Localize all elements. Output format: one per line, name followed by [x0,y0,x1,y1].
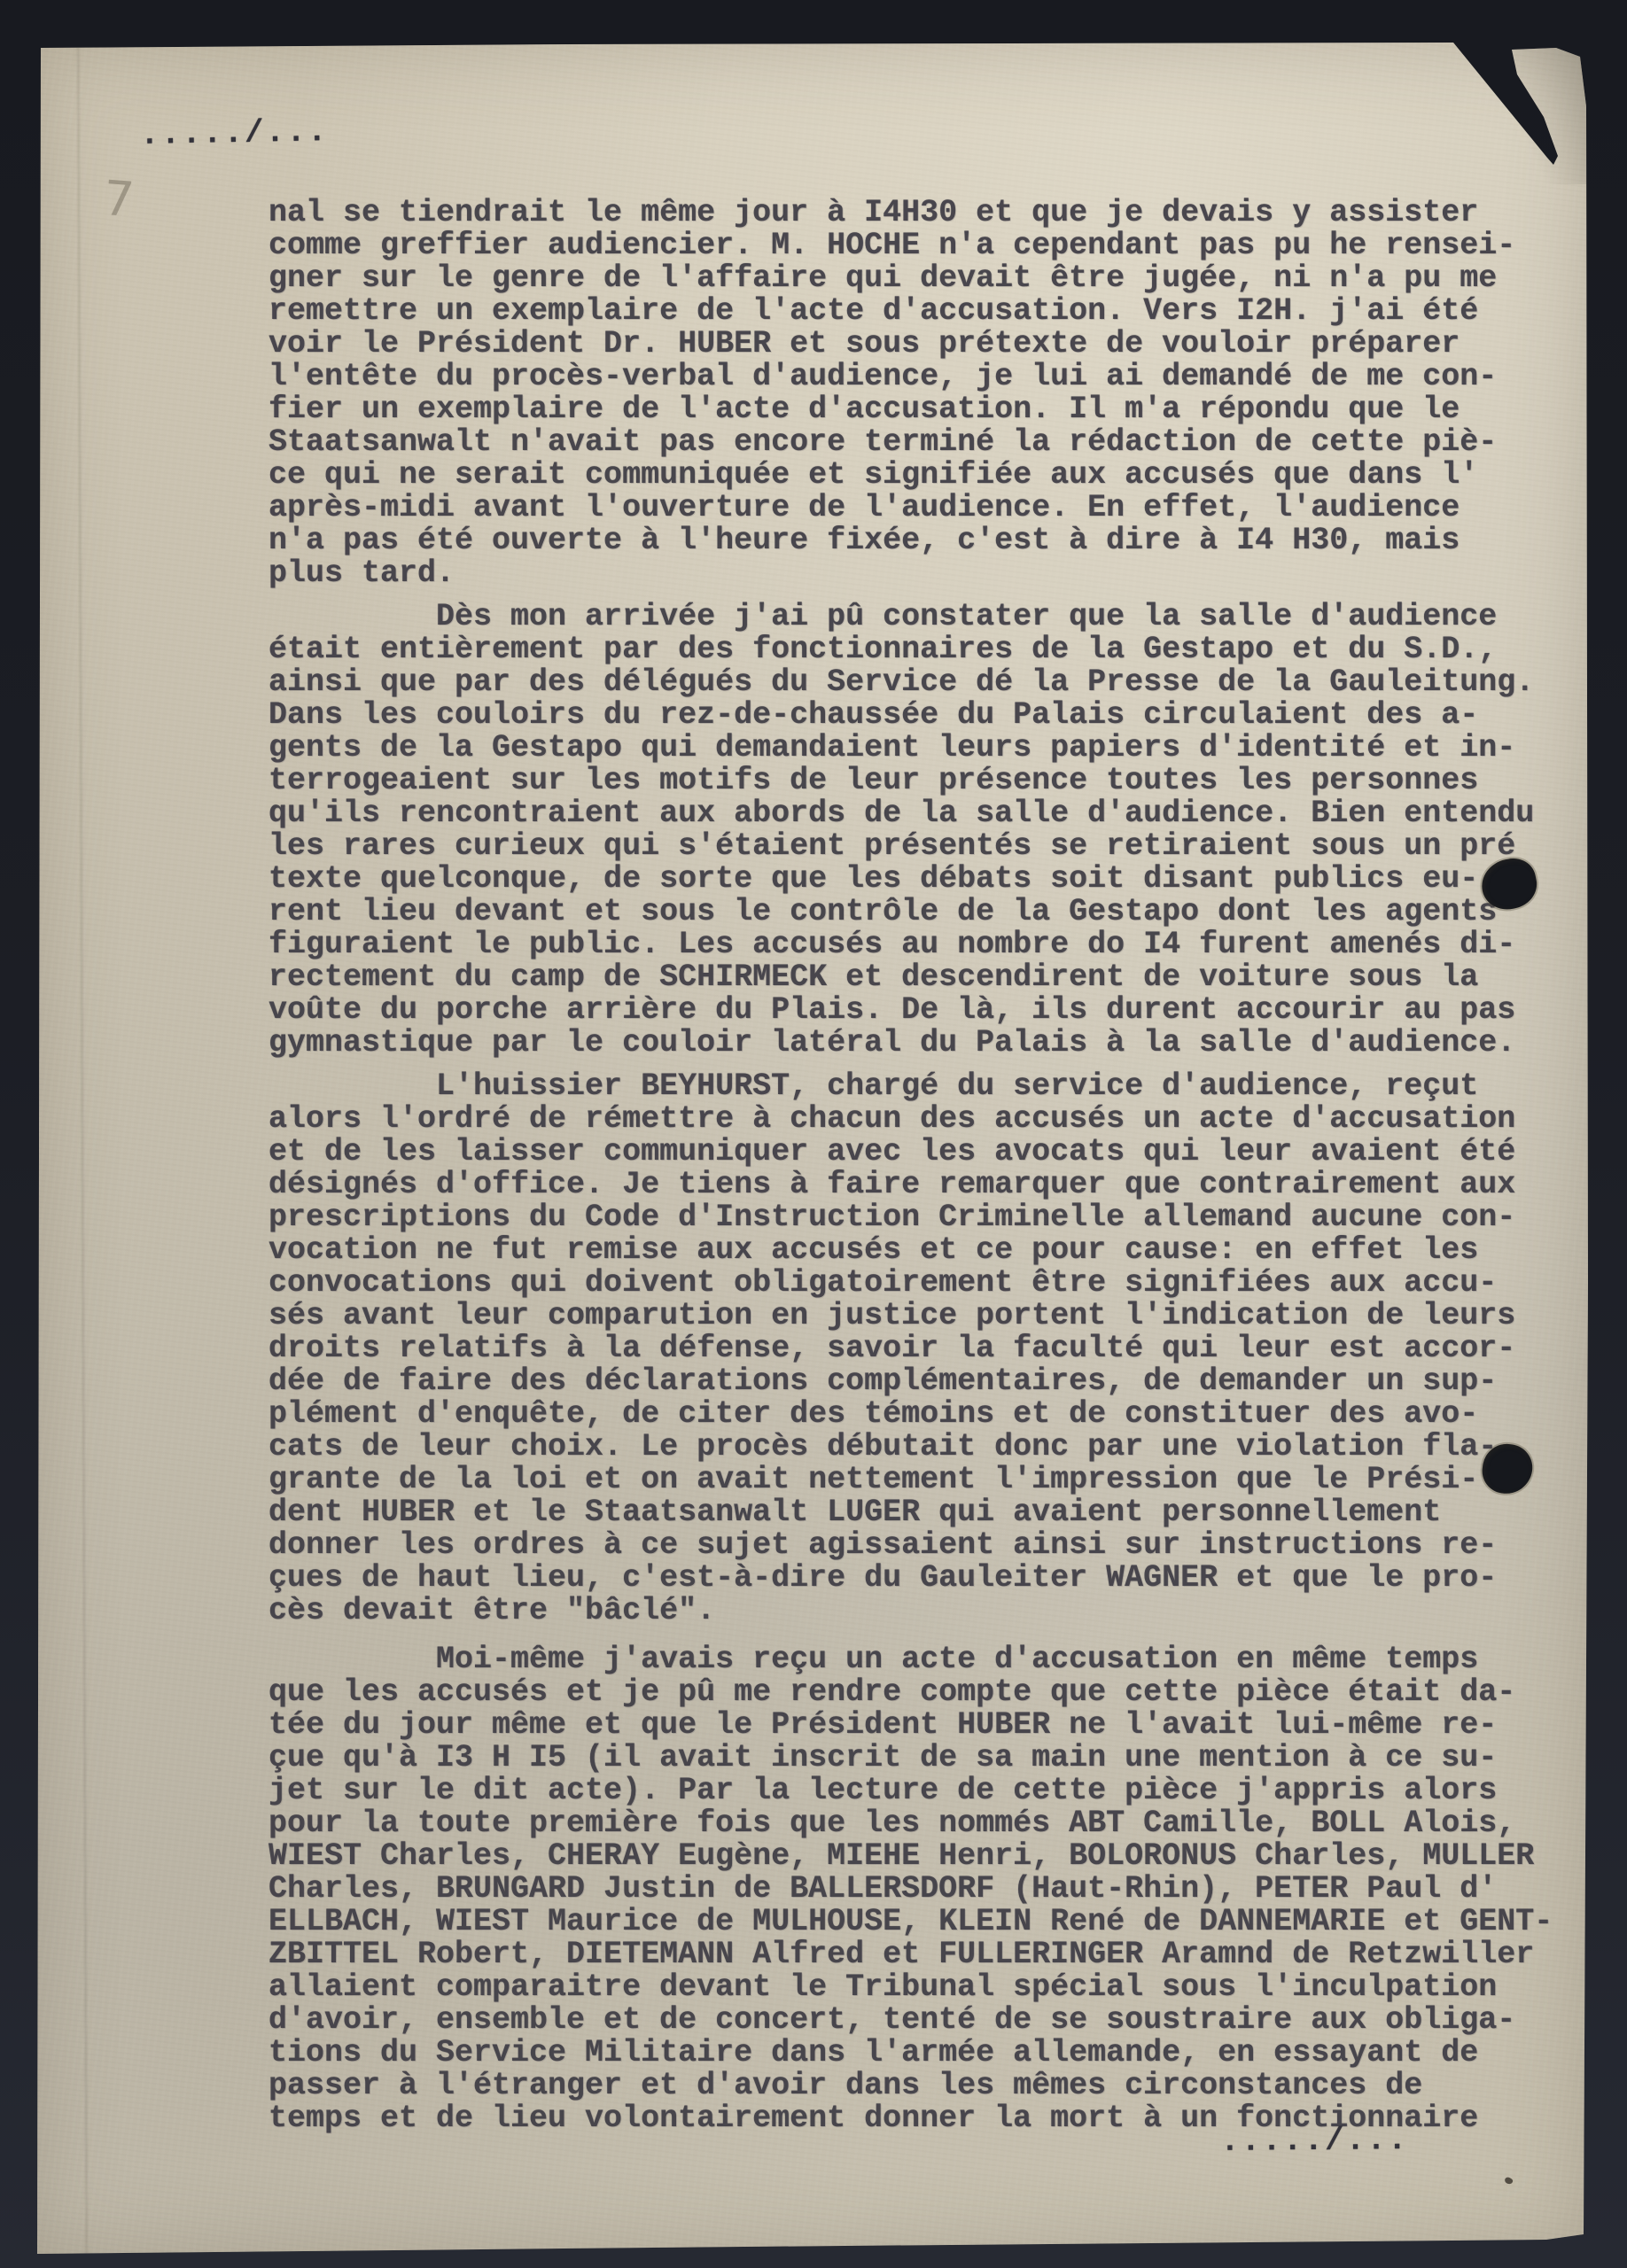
ink-speck [1504,2176,1514,2186]
handwritten-number: 7 [102,175,136,224]
torn-corner-shadow [1499,43,1588,184]
paragraph: L'huissier BEYHURST, chargé du service d… [269,1070,1571,1627]
document-body: nal se tiendrait le même jour à I4H30 et… [269,197,1571,2135]
paragraph: Moi-même j'avais reçu un acte d'accusati… [269,1643,1571,2135]
page-continuation-marker-top: ...../... [140,115,329,152]
photo-background: 7 ...../... nal se tiendrait le même jou… [0,0,1627,2268]
paragraph: nal se tiendrait le même jour à I4H30 et… [269,197,1571,590]
fold-crease [75,43,90,2257]
page-continuation-marker-bottom: ...../... [1220,2124,1409,2159]
document-page: 7 ...../... nal se tiendrait le même jou… [35,43,1590,2257]
paragraph: Dès mon arrivée j'ai pû constater que la… [269,601,1571,1060]
